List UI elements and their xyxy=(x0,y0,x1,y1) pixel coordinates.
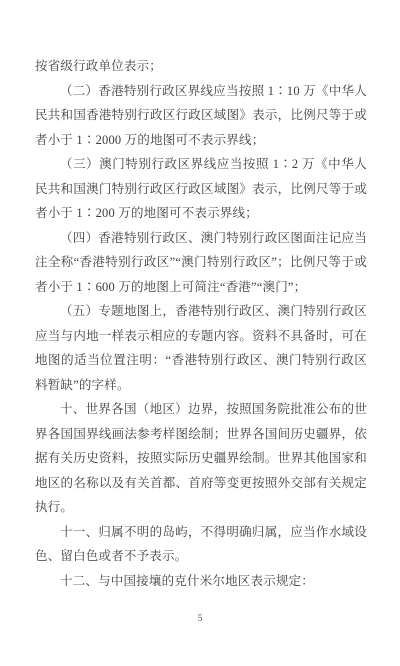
text-line: （二）香港特别行政区界线应当按照 1∶10 万《中华人 xyxy=(35,79,367,104)
text-line: 按省级行政单位表示； xyxy=(35,54,367,79)
document-page: 按省级行政单位表示； （二）香港特别行政区界线应当按照 1∶10 万《中华人 民… xyxy=(0,0,400,666)
text-line: 应当与内地一样表示相应的专题内容。资料不具备时，可在 xyxy=(35,324,367,349)
text-line: 地区的名称以及有关首都、首府等变更按照外交部有关规定 xyxy=(35,471,367,496)
text-line: 界各国国界线画法参考样图绘制；世界各国间历史疆界，依 xyxy=(35,422,367,447)
text-line: 民共和国香港特别行政区行政区域图》表示，比例尺等于或 xyxy=(35,103,367,128)
text-line: 地图的适当位置注明：“香港特别行政区、澳门特别行政区资 xyxy=(35,348,367,373)
text-line: 色、留白色或者不予表示。 xyxy=(35,544,367,569)
text-line: 十、世界各国（地区）边界，按照国务院批准公布的世 xyxy=(35,397,367,422)
text-line: 十一、归属不明的岛屿，不得明确归属，应当作水域设 xyxy=(35,520,367,545)
text-line: 十二、与中国接壤的克什米尔地区表示规定： xyxy=(35,569,367,594)
text-line: 执行。 xyxy=(35,495,367,520)
page-number: 5 xyxy=(0,613,400,623)
text-line: （四）香港特别行政区、澳门特别行政区图面注记应当 xyxy=(35,226,367,251)
text-line: （五）专题地图上，香港特别行政区、澳门特别行政区 xyxy=(35,299,367,324)
text-line: （三）澳门特别行政区界线应当按照 1∶2 万《中华人 xyxy=(35,152,367,177)
text-line: 者小于 1∶200 万的地图可不表示界线； xyxy=(35,201,367,226)
text-line: 据有关历史资料，按照实际历史疆界绘制。世界其他国家和 xyxy=(35,446,367,471)
text-line: 者小于 1∶600 万的地图上可简注“香港”“澳门”； xyxy=(35,275,367,300)
text-line: 注全称“香港特别行政区”“澳门特别行政区”；比例尺等于或 xyxy=(35,250,367,275)
text-line: 者小于 1∶2000 万的地图可不表示界线； xyxy=(35,128,367,153)
text-line: 民共和国澳门特别行政区行政区域图》表示，比例尺等于或 xyxy=(35,177,367,202)
document-text-block: 按省级行政单位表示； （二）香港特别行政区界线应当按照 1∶10 万《中华人 民… xyxy=(35,54,367,593)
text-line: 料暂缺”的字样。 xyxy=(35,373,367,398)
